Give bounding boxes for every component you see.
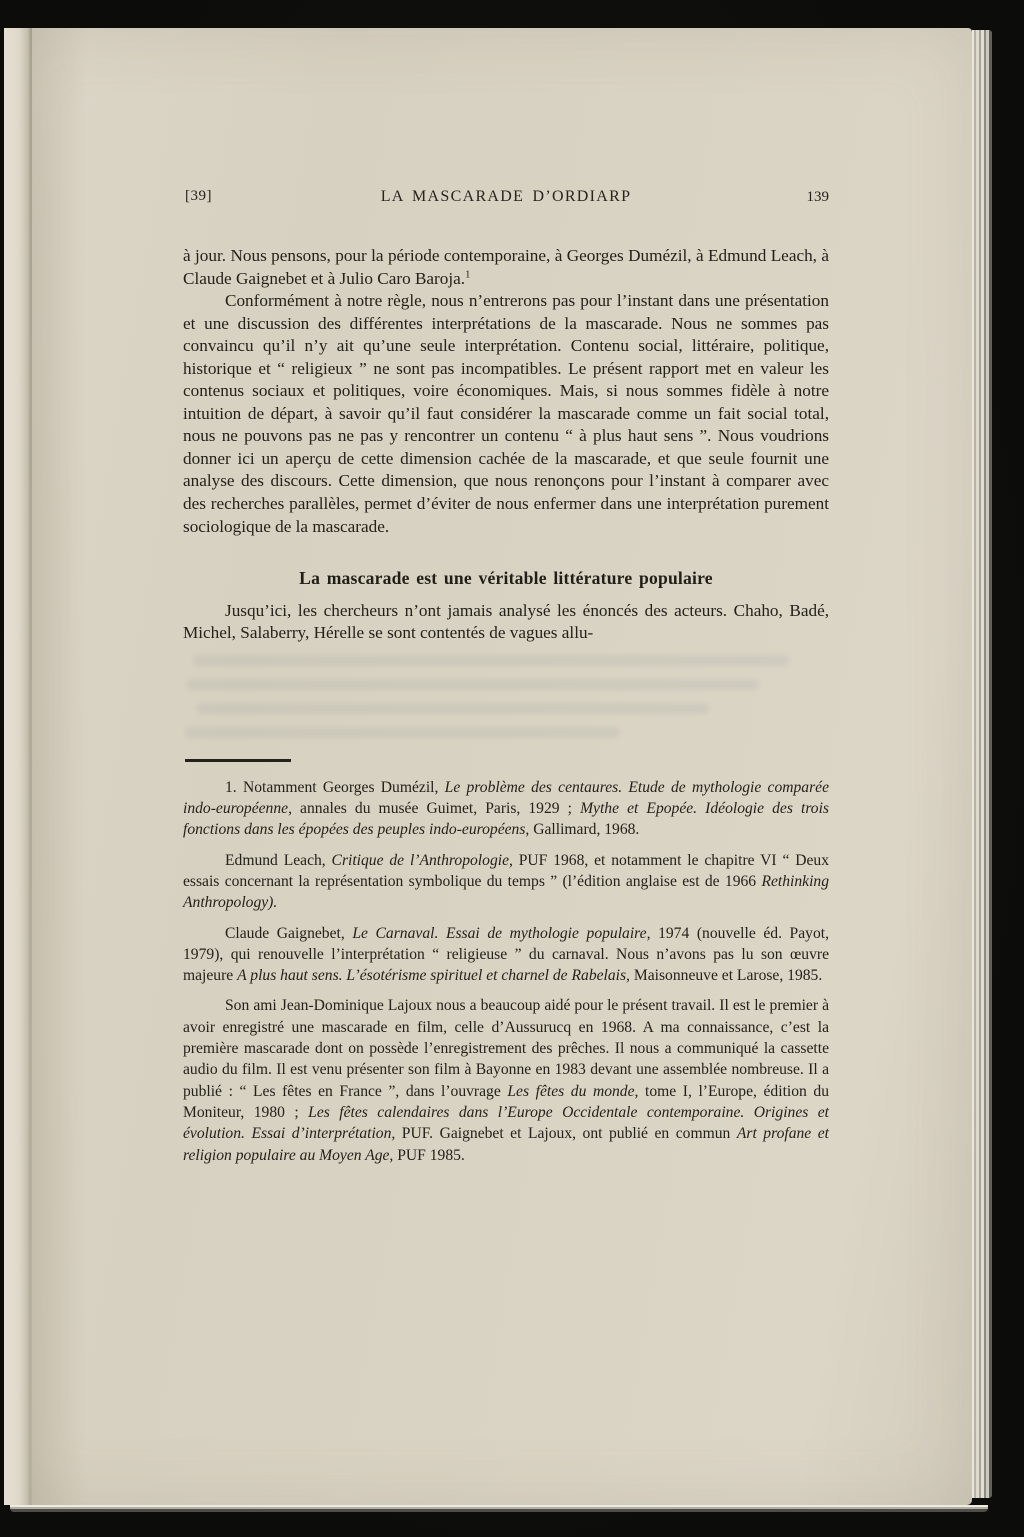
page-gutter-edge bbox=[4, 28, 30, 1505]
gutter-shadow bbox=[32, 28, 87, 1505]
footnote-separator bbox=[185, 759, 291, 762]
page-edge-stack-bottom bbox=[10, 1505, 988, 1512]
footnote-4: Son ami Jean-Dominique Lajoux nous a bea… bbox=[183, 995, 829, 1165]
bleed-through-line bbox=[185, 727, 619, 738]
bleed-through-text bbox=[183, 645, 829, 759]
running-header: [39] LA MASCARADE D’ORDIARP 139 bbox=[183, 188, 829, 209]
footnote-2: Edmund Leach, Critique de l’Anthropologi… bbox=[183, 850, 829, 914]
bleed-through-line bbox=[197, 703, 709, 714]
footnote-3: Claude Gaignebet, Le Carnaval. Essai de … bbox=[183, 923, 829, 987]
body-paragraph-2: Conformément à notre règle, nous n’entre… bbox=[183, 290, 829, 538]
header-page-number: 139 bbox=[807, 189, 830, 206]
book-page: [39] LA MASCARADE D’ORDIARP 139 à jour. … bbox=[4, 28, 972, 1505]
footnote-1: 1. Notamment Georges Dumézil, Le problèm… bbox=[183, 777, 829, 841]
footnotes: 1. Notamment Georges Dumézil, Le problèm… bbox=[183, 777, 829, 1166]
body-paragraph-3: Jusqu’ici, les chercheurs n’ont jamais a… bbox=[183, 600, 829, 645]
header-running-title: LA MASCARADE D’ORDIARP bbox=[183, 188, 829, 206]
body-text: à jour. Nous pensons, pour la période co… bbox=[183, 245, 829, 645]
photo-background: [39] LA MASCARADE D’ORDIARP 139 à jour. … bbox=[0, 0, 1024, 1537]
page-edge-stack-right bbox=[972, 30, 992, 1498]
body-paragraph-1: à jour. Nous pensons, pour la période co… bbox=[183, 245, 829, 290]
bleed-through-line bbox=[193, 655, 789, 666]
section-heading: La mascarade est une véritable littératu… bbox=[183, 567, 829, 590]
bleed-through-line bbox=[187, 679, 759, 690]
text-block: [39] LA MASCARADE D’ORDIARP 139 à jour. … bbox=[183, 188, 829, 1175]
